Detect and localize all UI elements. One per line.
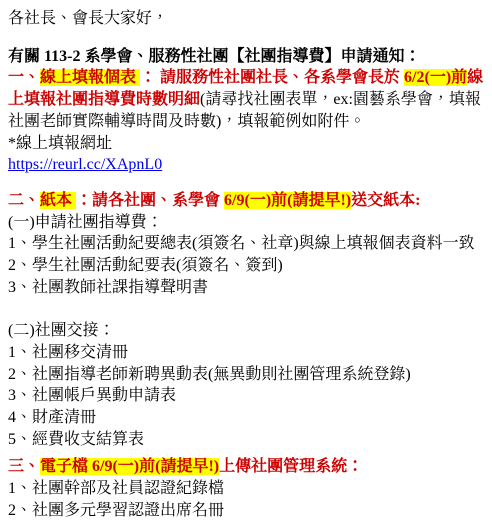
section-2-heading: 二、紙本 ：請各社團、系學會 6/9(一)前(請提早!)送交紙本:	[8, 190, 484, 212]
section-1-heading: 一、線上填報個表 ： 請服務性社團社長、各系學會長於 6/2(一)前線上填報社團…	[8, 67, 484, 132]
form-url-link[interactable]: https://reurl.cc/XApnL0	[8, 156, 162, 173]
list-item: 2、社團指導老師新聘異動表(無異動則社團管理系統登錄)	[8, 364, 484, 386]
list-item: 1、社團移交清冊	[8, 342, 484, 364]
section-1-highlight-deadline: 6/2(一)前	[404, 69, 467, 86]
section-3-number: 三、	[8, 458, 40, 475]
notice-document: 各社長、會長大家好， 有關 113-2 系學會、服務性社團【社團指導費】申請通知…	[0, 0, 492, 524]
greeting: 各社長、會長大家好，	[8, 8, 484, 30]
subsection-2-title: (二)社團交接：	[8, 320, 484, 342]
section-3-highlight-deadline: 電子檔 6/9(一)前(請提早!)	[40, 458, 219, 475]
section-2-red-text-2: 送交紙本:	[351, 192, 420, 209]
list-item: 3、社團教師社課指導聲明書	[8, 277, 484, 299]
section-3-red-text: 上傳社團管理系統：	[219, 458, 363, 475]
form-url-line: https://reurl.cc/XApnL0	[8, 154, 484, 176]
list-item: 2、社團多元學習認證出席名冊	[8, 500, 484, 522]
subsection-1-title: (一)申請社團指導費：	[8, 212, 484, 234]
notice-title: 有關 113-2 系學會、服務性社團【社團指導費】申請通知：	[8, 46, 484, 68]
section-2-number: 二、	[8, 192, 40, 209]
form-url-label: *線上填報網址	[8, 133, 484, 155]
blank-line	[8, 298, 484, 320]
section-2-highlight-paper: 紙本	[40, 192, 76, 209]
section-1-number: 一、	[8, 69, 40, 86]
list-item: 3、社團帳戶異動申請表	[8, 385, 484, 407]
section-1-highlight-online-form: 線上填報個表	[40, 69, 140, 86]
section-1-red-text: ： 請服務性社團社長、各系學會長於	[140, 69, 404, 86]
section-3-heading: 三、電子檔 6/9(一)前(請提早!)上傳社團管理系統：	[8, 456, 484, 478]
list-item: 5、經費收支結算表	[8, 429, 484, 451]
list-item: 1、學生社團活動紀要總表(須簽名、社章)與線上填報個表資料一致	[8, 233, 484, 255]
section-2-highlight-deadline: 6/9(一)前(請提早!)	[224, 192, 351, 209]
list-item: 2、學生社團活動紀要表(須簽名、簽到)	[8, 255, 484, 277]
list-item: 1、社團幹部及社員認證紀錄檔	[8, 478, 484, 500]
list-item: 4、財產清冊	[8, 407, 484, 429]
section-2-red-text: ：請各社團、系學會	[76, 192, 224, 209]
